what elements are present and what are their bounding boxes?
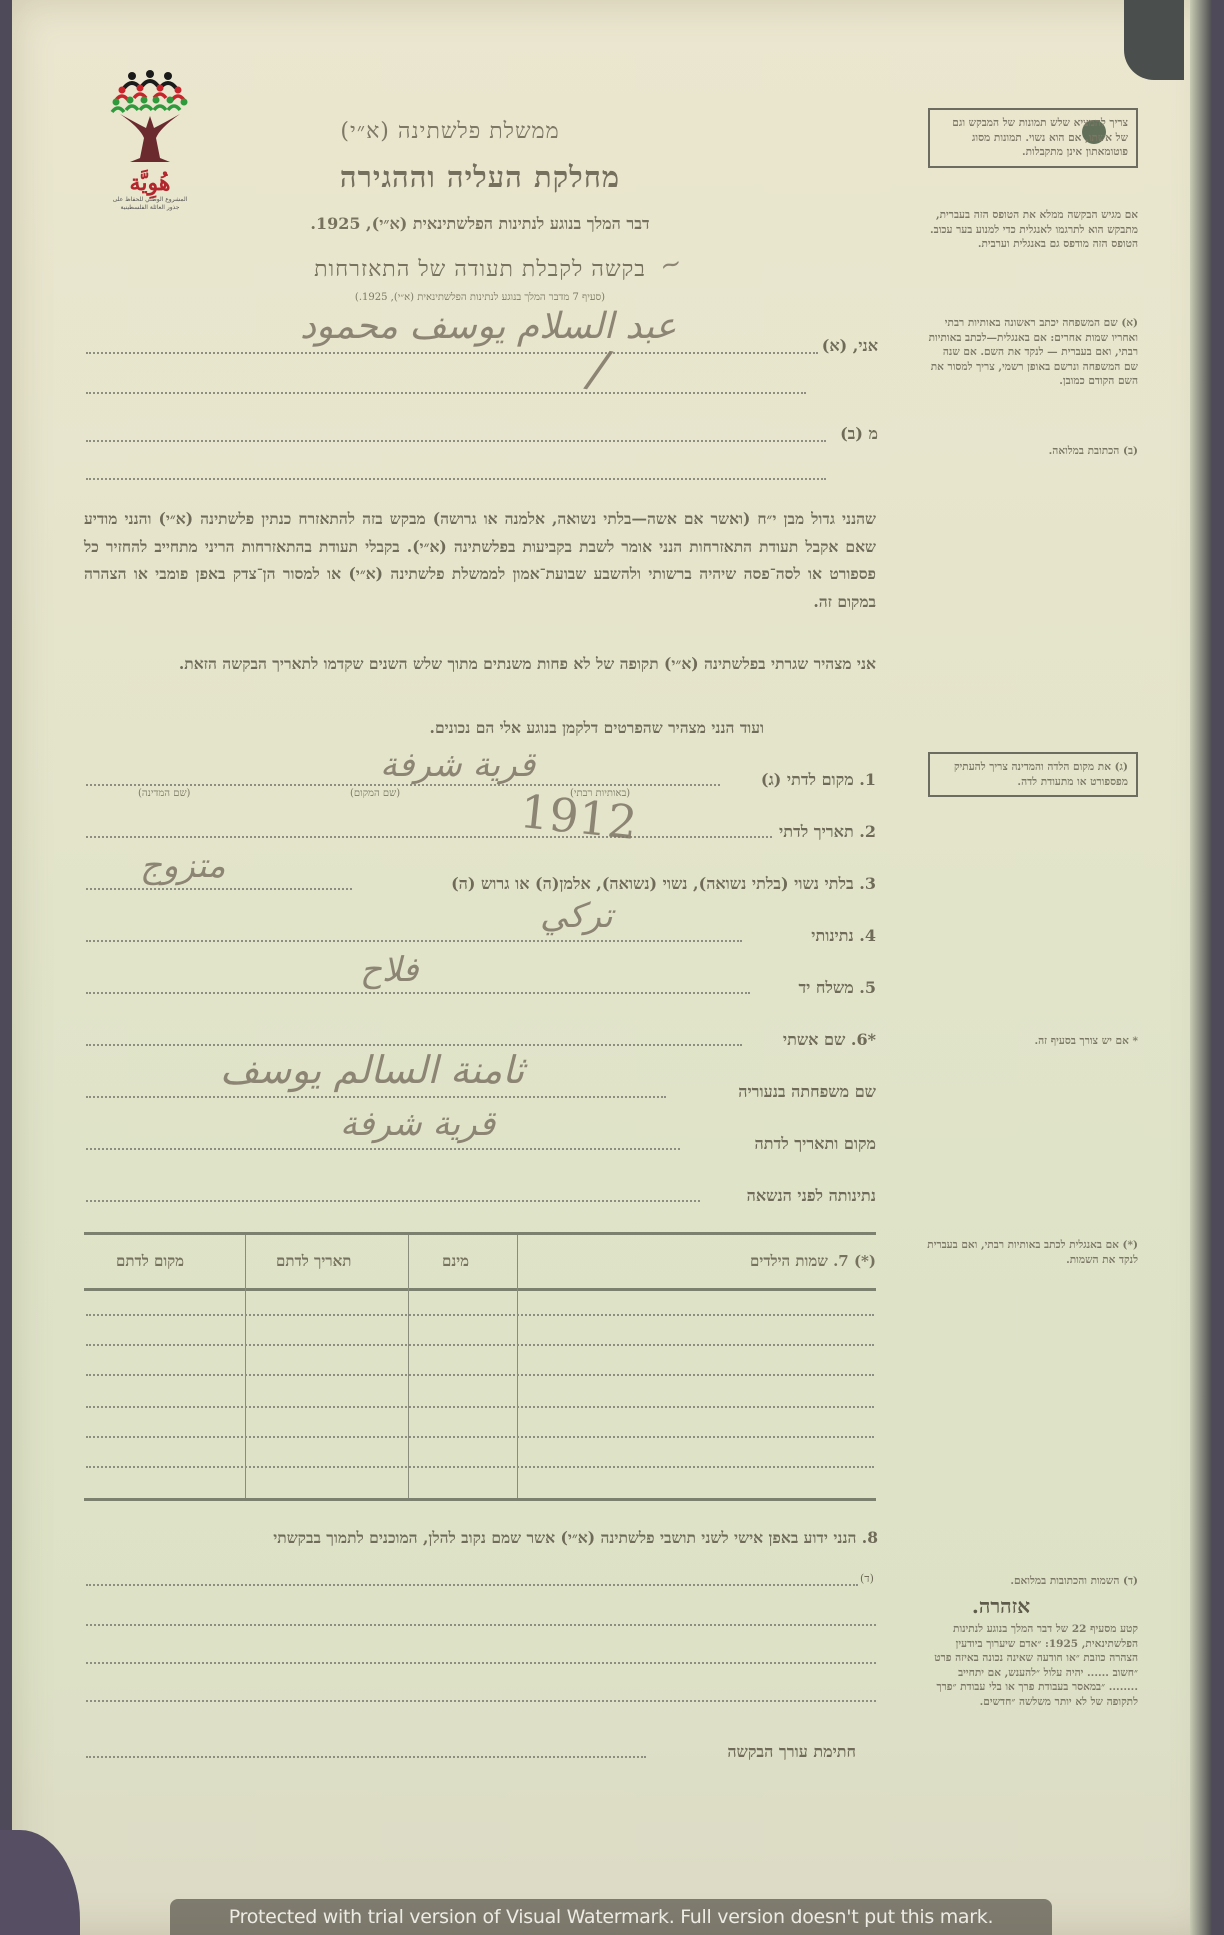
wife-maiden-name-field-line[interactable] [86, 1096, 666, 1098]
table-column-divider [245, 1235, 246, 1498]
field-number: 2. [859, 822, 876, 841]
logo-subtitle-2: جذور العائلة الفلسطينية [100, 204, 200, 212]
warning-text: קטע מסעיף 22 של דבר המלך בנוגע לנתינות ה… [926, 1622, 1138, 1709]
declaration-paragraph-3: ועוד הנני מצהיר שהפרטים דלקמן בנוגע אלי … [84, 714, 764, 742]
address-label: מ (ב) [840, 424, 878, 444]
table-bottom-rule [84, 1498, 876, 1501]
children-names-header: (*) 7. שמות הילדים [750, 1252, 876, 1271]
sidebar-note-d: (ד) השמות והכתובות במלואם. [926, 1574, 1138, 1589]
field-occupation-label: 5. משלח יד [798, 978, 876, 998]
field-number: *6. [851, 1030, 876, 1049]
field-wife-maiden-name-label: שם משפחתה בנעוריה [738, 1082, 876, 1102]
table-top-rule [84, 1232, 876, 1235]
address-field-line[interactable] [86, 440, 826, 442]
field-wife-name-label: *6. שם אשתי [783, 1030, 876, 1050]
sidebar-note-children: (*) אם באנגלית לכתב באותיות רבתי, ואם בע… [926, 1238, 1138, 1267]
trial-watermark-banner: Protected with trial version of Visual W… [170, 1899, 1052, 1935]
field-number: 1. [859, 770, 876, 789]
name-field-line[interactable] [86, 352, 818, 354]
field-birthdate-label: 2. תאריך לדתי [779, 822, 876, 842]
reference-line[interactable] [86, 1584, 858, 1586]
field-label-text: משלח יד [798, 978, 853, 997]
nationality-field-line[interactable] [86, 940, 742, 942]
table-header-rule [84, 1288, 876, 1291]
logo-name: هُوِيَّة [100, 170, 200, 196]
nationality-handwritten-value: تركي [540, 896, 613, 936]
sidebar-note-translation: אם מגיש הבקשה ממלא את הטופס הזה בעברית, … [926, 208, 1138, 252]
sidebar-note-star: * אם יש צורך בסעיף זה. [926, 1034, 1138, 1049]
signature-field-line[interactable] [86, 1756, 646, 1758]
field-label-text: תאריך לדתי [779, 822, 854, 841]
field-number: 4. [859, 926, 876, 945]
children-gender-header: מינם [442, 1252, 469, 1271]
field-wife-nationality-label: נתינותה לפני הנשאה [747, 1186, 876, 1206]
table-row[interactable] [86, 1374, 874, 1376]
name-field-line-2[interactable] [86, 392, 806, 394]
sublabel-country-name: (שם המדינה) [138, 788, 190, 799]
government-heading: ממשלת פלשתינה (א״י) [300, 118, 600, 144]
field-label-text: בלתי נשוי (בלתי נשואה), נשוי (נשואה), אל… [451, 874, 854, 893]
name-label: אני, (א) [822, 336, 878, 356]
signature-label: חתימת עורך הבקשה [727, 1742, 856, 1762]
photo-requirement-box: צריך להמציא שלש תמונות של המבקש וגם של א… [928, 108, 1138, 168]
family-tree-icon [110, 68, 190, 164]
declaration-paragraph-1: שהנני גדול מבן י״ח (ואשר אם אשה—בלתי נשו… [84, 505, 876, 615]
field-marital-status-label: 3. בלתי נשוי (בלתי נשואה), נשוי (נשואה),… [451, 874, 876, 894]
form-subtitle: (סעיף 7 מדבר המלך בנוגע לנתינות הפלשתינא… [270, 292, 690, 303]
ordinance-heading: דבר המלך בנוגע לנתינות הפלשתינאית (א״י),… [260, 214, 700, 234]
field-number: 3. [859, 874, 876, 893]
field-number: 5. [859, 978, 876, 997]
occupation-handwritten-value: فلاح [360, 950, 419, 990]
birthdate-field-line[interactable] [86, 836, 772, 838]
table-column-divider [408, 1235, 409, 1498]
field-birthplace-label: 1. מקום לדתי (ג) [761, 770, 876, 790]
sublabel-place-name: (שם המקום) [350, 788, 400, 799]
references-statement: 8. הנני ידוע באפן אישי לשני תושבי פלשתינ… [273, 1528, 878, 1548]
children-birthplace-header: מקום לדתם [116, 1252, 184, 1271]
declaration-paragraph-2: אני מצהיר שגרתי בפלשתינה (א״י) תקופה של … [84, 650, 876, 678]
reference-line[interactable] [86, 1700, 876, 1702]
reference-line[interactable] [86, 1662, 876, 1664]
references-marker: (ד) [860, 1572, 874, 1585]
wife-name-field-line[interactable] [86, 1044, 742, 1046]
birthplace-note-box: (ג) את מקום הלדה והמדינה צריך להעתיק מפס… [928, 752, 1138, 797]
department-heading: מחלקת העליה וההגירה [300, 160, 660, 195]
hawiya-logo: هُوِيَّة المشروع الوطني للحفاظ على جذور … [100, 68, 200, 238]
wife-nationality-field-line[interactable] [86, 1200, 700, 1202]
children-birthdate-header: תאריך לדתם [276, 1252, 351, 1271]
address-field-line-2[interactable] [86, 478, 826, 480]
table-row[interactable] [86, 1436, 874, 1438]
sidebar-note-b: (ב) הכתובת במלואה. [926, 444, 1138, 459]
marital-status-handwritten-value: متزوج [140, 846, 226, 886]
field-wife-birthplace-label: מקום ותאריך לדתה [755, 1134, 876, 1154]
wife-birthplace-handwritten-value: قرية شرفة [340, 1104, 495, 1144]
page-edge-shadow [1190, 0, 1212, 1935]
wife-birthplace-field-line[interactable] [86, 1148, 680, 1150]
marital-status-field-line[interactable] [86, 888, 352, 890]
field-label-text: נתינותי [811, 926, 853, 945]
table-column-divider [517, 1235, 518, 1498]
table-row[interactable] [86, 1466, 874, 1468]
birthplace-handwritten-value: قرية شرفة [380, 745, 535, 785]
logo-subtitle-1: المشروع الوطني للحفاظ على [100, 196, 200, 204]
field-label-text: מקום לדתי (ג) [761, 770, 854, 789]
field-nationality-label: 4. נתינותי [811, 926, 876, 946]
wife-maiden-name-handwritten-value: ثامنة السالم يوسف [220, 1048, 524, 1092]
table-row[interactable] [86, 1344, 874, 1346]
form-title: בקשה לקבלת תעודה של התאזרחות [280, 256, 680, 282]
reference-line[interactable] [86, 1624, 876, 1626]
field-label-text: שם אשתי [783, 1030, 845, 1049]
table-row[interactable] [86, 1406, 874, 1408]
occupation-field-line[interactable] [86, 992, 750, 994]
name-handwritten-value: عبد السلام يوسف محمود [300, 306, 676, 347]
table-row[interactable] [86, 1314, 874, 1316]
warning-title: אזהרה. [926, 1594, 1076, 1619]
sidebar-note-a: (א) שם המשפחה יכתב ראשונה באותיות רבתי ו… [926, 316, 1138, 389]
page-tear [1124, 0, 1184, 80]
